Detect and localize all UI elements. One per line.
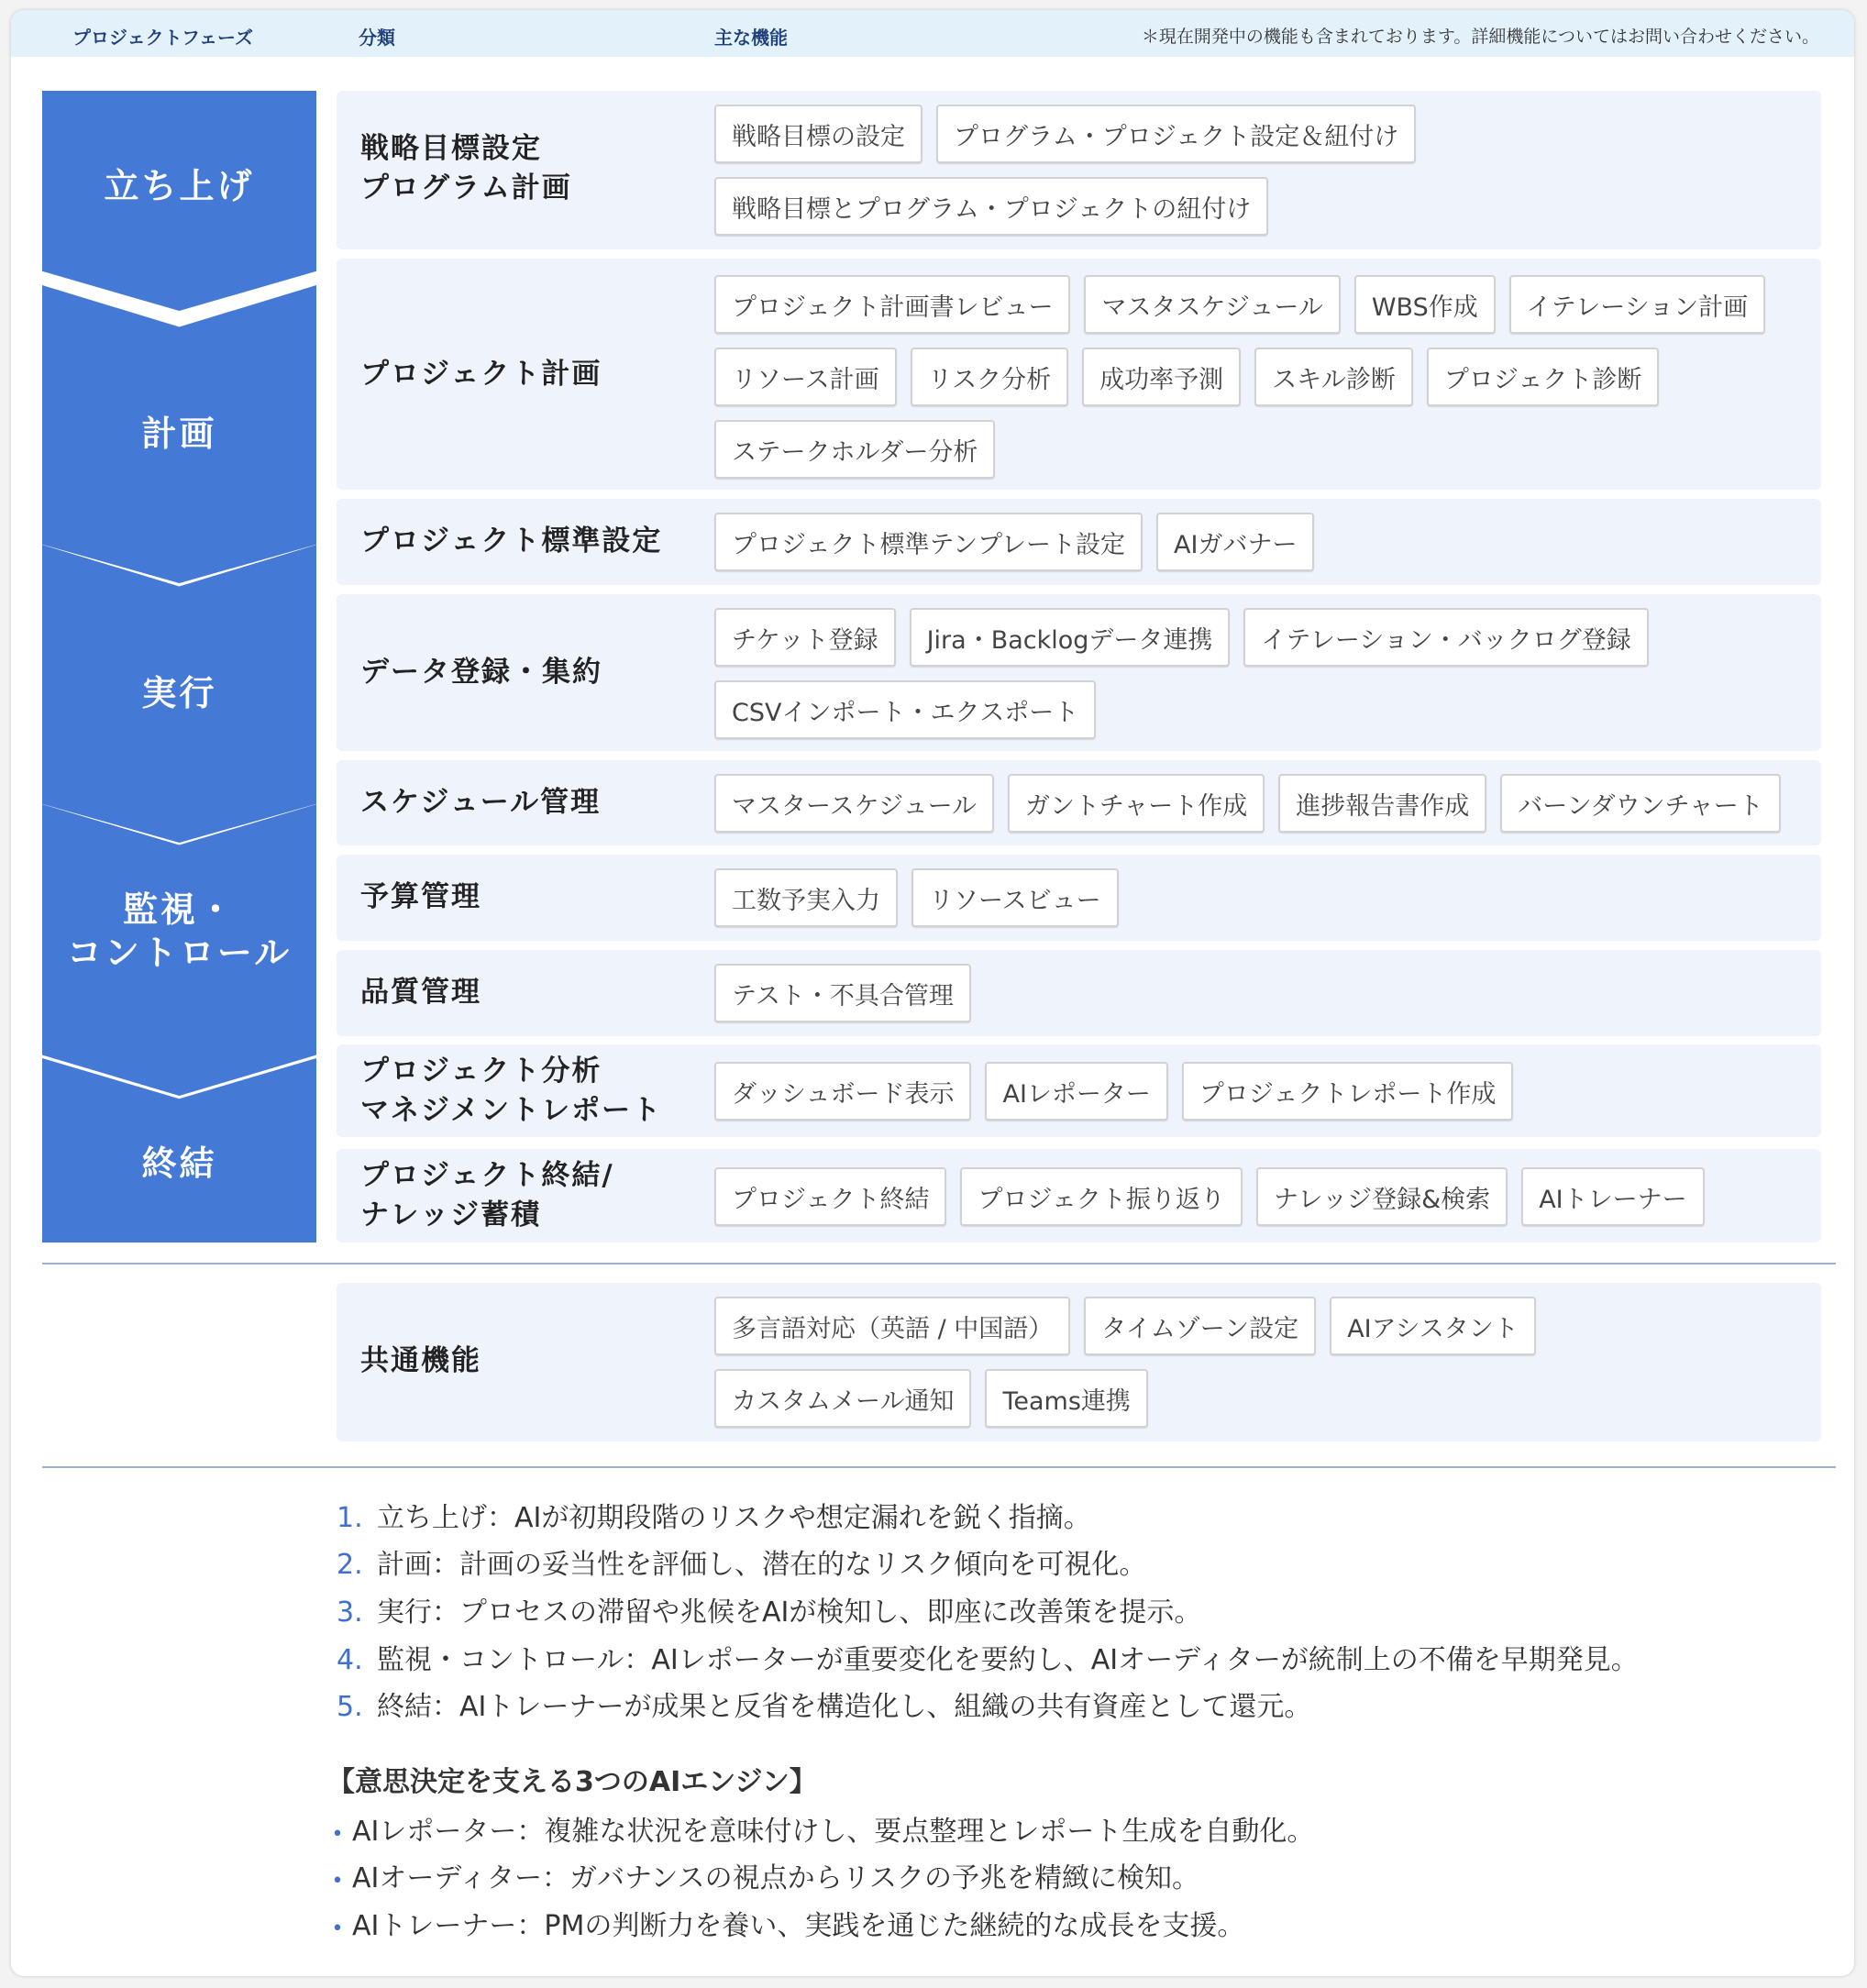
- category-label: 予算管理: [360, 878, 481, 917]
- feature-chip[interactable]: ナレッジ登録&検索: [1256, 1167, 1508, 1226]
- summary-item: 2.計画：計画の妥当性を評価し、潜在的なリスク傾向を可視化。: [337, 1541, 1146, 1582]
- summary-item: 5.終結：AIトレーナーが成果と反省を構造化し、組織の共有資産として還元。: [337, 1684, 1311, 1724]
- bullet-icon: •: [323, 1917, 352, 1940]
- list-number: 1.: [337, 1502, 377, 1534]
- feature-chip[interactable]: 進捗報告書作成: [1278, 774, 1486, 833]
- feature-chip[interactable]: プロジェクト診断: [1427, 348, 1659, 406]
- list-text: 実行：プロセスの滞留や兆候をAIが検知し、即座に改善策を提示。: [377, 1596, 1201, 1629]
- category-line: プログラム計画: [360, 169, 572, 208]
- feature-chips: プロジェクト終結 プロジェクト振り返り ナレッジ登録&検索 AIトレーナー: [714, 1167, 1806, 1226]
- engines-title: 【意思決定を支える3つのAIエンジン】: [327, 1759, 817, 1799]
- feature-chips: 戦略目標の設定 プログラム・プロジェクト設定＆紐付け 戦略目標とプログラム・プロ…: [714, 105, 1806, 236]
- feature-chip[interactable]: ガントチャート作成: [1008, 774, 1265, 833]
- feature-chip[interactable]: AIガバナー: [1156, 513, 1314, 571]
- feature-chip[interactable]: バーンダウンチャート: [1500, 774, 1781, 833]
- phase-execution: 実行: [42, 545, 316, 843]
- summary-item: 4.監視・コントロール：AIレポーターが重要変化を要約し、AIオーディターが統制…: [337, 1637, 1639, 1677]
- bullet-icon: •: [323, 1823, 352, 1846]
- bullet-icon: •: [323, 1870, 352, 1893]
- section-divider: [42, 1466, 1836, 1468]
- engine-text: AIトレーナー：PMの判断力を養い、実践を通じた継続的な成長を支援。: [352, 1910, 1244, 1942]
- feature-chip[interactable]: 戦略目標の設定: [714, 105, 922, 163]
- category-line: マネジメントレポート: [360, 1091, 662, 1131]
- feature-chip[interactable]: プロジェクト計画書レビュー: [714, 275, 1070, 334]
- header-features: 主な機能: [714, 23, 788, 50]
- engine-text: AIオーディター：ガバナンスの視点からリスクの予兆を精緻に検知。: [352, 1862, 1199, 1894]
- list-text: 監視・コントロール：AIレポーターが重要変化を要約し、AIオーディターが統制上の…: [377, 1644, 1639, 1676]
- category-label: プロジェクト計画: [360, 355, 602, 394]
- category-line: プロジェクト終結/: [360, 1156, 614, 1196]
- row-project-planning: プロジェクト計画 プロジェクト計画書レビュー マスタスケジュール WBS作成 イ…: [337, 259, 1821, 490]
- row-project-standard: プロジェクト標準設定 プロジェクト標準テンプレート設定 AIガバナー: [337, 499, 1821, 585]
- table-header: プロジェクトフェーズ 分類 主な機能 ＊現在開発中の機能も含まれております。詳細…: [11, 10, 1854, 57]
- feature-chip[interactable]: タイムゾーン設定: [1084, 1297, 1316, 1355]
- row-quality: 品質管理 テスト・不具合管理: [337, 950, 1821, 1036]
- category-label: 共通機能: [360, 1342, 481, 1381]
- category-label: プロジェクト標準設定: [360, 522, 662, 561]
- row-schedule: スケジュール管理 マスタースケジュール ガントチャート作成 進捗報告書作成 バー…: [337, 760, 1821, 845]
- feature-chip[interactable]: ステークホルダー分析: [714, 420, 995, 479]
- feature-chip[interactable]: Jira・Backlogデータ連携: [910, 608, 1231, 667]
- row-strategy: 戦略目標設定 プログラム計画 戦略目標の設定 プログラム・プロジェクト設定＆紐付…: [337, 91, 1821, 249]
- category-label: 戦略目標設定 プログラム計画: [360, 129, 572, 208]
- feature-chip[interactable]: AIアシスタント: [1330, 1297, 1536, 1355]
- feature-chip[interactable]: マスタースケジュール: [714, 774, 994, 833]
- list-number: 4.: [337, 1644, 377, 1676]
- feature-chip[interactable]: カスタムメール通知: [714, 1369, 971, 1428]
- feature-chip[interactable]: テスト・不具合管理: [714, 964, 971, 1022]
- category-line: プロジェクト分析: [360, 1052, 662, 1091]
- feature-chip[interactable]: スキル診断: [1254, 348, 1413, 406]
- feature-chip[interactable]: 工数予実入力: [714, 868, 898, 927]
- phase-planning: 計画: [42, 285, 316, 583]
- row-budget: 予算管理 工数予実入力 リソースビュー: [337, 855, 1821, 941]
- feature-chip[interactable]: Teams連携: [985, 1369, 1147, 1428]
- feature-matrix-card: プロジェクトフェーズ 分類 主な機能 ＊現在開発中の機能も含まれております。詳細…: [11, 10, 1854, 1976]
- feature-chips: プロジェクト標準テンプレート設定 AIガバナー: [714, 513, 1806, 571]
- phase-label-line1: 監視・: [123, 889, 236, 933]
- header-category: 分類: [359, 23, 395, 50]
- summary-item: 1.立ち上げ：AIが初期段階のリスクや想定漏れを鋭く指摘。: [337, 1495, 1091, 1535]
- row-common: 共通機能 多言語対応（英語 / 中国語） タイムゾーン設定 AIアシスタント カ…: [337, 1283, 1821, 1441]
- feature-chip[interactable]: リソース計画: [714, 348, 897, 406]
- feature-chip[interactable]: WBS作成: [1354, 275, 1496, 334]
- feature-chip[interactable]: 戦略目標とプログラム・プロジェクトの紐付け: [714, 177, 1268, 236]
- feature-chip[interactable]: プロジェクト標準テンプレート設定: [714, 513, 1143, 571]
- feature-chip[interactable]: CSVインポート・エクスポート: [714, 680, 1096, 739]
- list-text: 終結：AIトレーナーが成果と反省を構造化し、組織の共有資産として還元。: [377, 1691, 1311, 1723]
- feature-chip[interactable]: リソースビュー: [911, 868, 1119, 927]
- section-divider: [42, 1263, 1836, 1265]
- feature-chips: マスタースケジュール ガントチャート作成 進捗報告書作成 バーンダウンチャート: [714, 774, 1824, 833]
- feature-chips: 工数予実入力 リソースビュー: [714, 868, 1806, 927]
- category-line: ナレッジ蓄積: [360, 1196, 614, 1235]
- summary-item: 3.実行：プロセスの滞留や兆候をAIが検知し、即座に改善策を提示。: [337, 1589, 1201, 1629]
- category-line: 戦略目標設定: [360, 129, 572, 169]
- feature-chips: チケット登録 Jira・Backlogデータ連携 イテレーション・バックログ登録…: [714, 608, 1806, 739]
- feature-chip[interactable]: プロジェクト終結: [714, 1167, 946, 1226]
- feature-chip[interactable]: ダッシュボード表示: [714, 1062, 971, 1121]
- feature-chip[interactable]: 成功率予測: [1082, 348, 1241, 406]
- category-label: データ登録・集約: [360, 653, 602, 692]
- feature-chip[interactable]: チケット登録: [714, 608, 896, 667]
- list-number: 3.: [337, 1596, 377, 1629]
- header-phase: プロジェクトフェーズ: [72, 23, 253, 50]
- feature-chips: プロジェクト計画書レビュー マスタスケジュール WBS作成 イテレーション計画 …: [714, 275, 1815, 479]
- phase-label: 計画: [141, 413, 216, 457]
- feature-chips: テスト・不具合管理: [714, 964, 1806, 1022]
- feature-chips: 多言語対応（英語 / 中国語） タイムゾーン設定 AIアシスタント カスタムメー…: [714, 1297, 1540, 1428]
- feature-chip[interactable]: AIレポーター: [985, 1062, 1167, 1121]
- feature-chip[interactable]: AIトレーナー: [1521, 1167, 1704, 1226]
- engine-text: AIレポーター：複雑な状況を意味付けし、要点整理とレポート生成を自動化。: [352, 1816, 1314, 1848]
- engine-item: •AIトレーナー：PMの判断力を養い、実践を通じた継続的な成長を支援。: [323, 1903, 1244, 1943]
- phase-initiation: 立ち上げ: [42, 91, 316, 311]
- phase-label: 実行: [141, 672, 216, 716]
- engine-item: •AIオーディター：ガバナンスの視点からリスクの予兆を精緻に検知。: [323, 1855, 1199, 1895]
- category-label: プロジェクト終結/ ナレッジ蓄積: [360, 1156, 614, 1235]
- feature-chip[interactable]: マスタスケジュール: [1084, 275, 1340, 334]
- row-analysis-report: プロジェクト分析 マネジメントレポート ダッシュボード表示 AIレポーター プロ…: [337, 1044, 1821, 1137]
- feature-chip[interactable]: プロジェクトレポート作成: [1182, 1062, 1513, 1121]
- category-label: スケジュール管理: [360, 783, 601, 823]
- phase-label: 立ち上げ: [104, 165, 254, 209]
- feature-chip[interactable]: リスク分析: [911, 348, 1068, 406]
- phase-label-line2: コントロール: [67, 932, 292, 976]
- row-closing-knowledge: プロジェクト終結/ ナレッジ蓄積 プロジェクト終結 プロジェクト振り返り ナレッ…: [337, 1149, 1821, 1242]
- feature-chips: ダッシュボード表示 AIレポーター プロジェクトレポート作成: [714, 1062, 1806, 1121]
- header-note: ＊現在開発中の機能も含まれております。詳細機能についてはお問い合わせください。: [1142, 23, 1819, 48]
- feature-chip[interactable]: プログラム・プロジェクト設定＆紐付け: [936, 105, 1416, 163]
- feature-chip[interactable]: プロジェクト振り返り: [960, 1167, 1242, 1226]
- category-label: 品質管理: [360, 973, 481, 1012]
- list-text: 立ち上げ：AIが初期段階のリスクや想定漏れを鋭く指摘。: [377, 1502, 1091, 1534]
- list-text: 計画：計画の妥当性を評価し、潜在的なリスク傾向を可視化。: [377, 1549, 1146, 1581]
- phase-monitoring-control: 監視・ コントロール: [42, 804, 316, 1096]
- row-data-registration: データ登録・集約 チケット登録 Jira・Backlogデータ連携 イテレーショ…: [337, 594, 1821, 751]
- category-label: プロジェクト分析 マネジメントレポート: [360, 1052, 662, 1131]
- feature-chip[interactable]: イテレーション・バックログ登録: [1243, 608, 1648, 667]
- engine-item: •AIレポーター：複雑な状況を意味付けし、要点整理とレポート生成を自動化。: [323, 1808, 1314, 1849]
- phase-label: 終結: [141, 1143, 216, 1187]
- list-number: 5.: [337, 1691, 377, 1723]
- feature-chip[interactable]: イテレーション計画: [1509, 275, 1765, 334]
- list-number: 2.: [337, 1549, 377, 1581]
- feature-chip[interactable]: 多言語対応（英語 / 中国語）: [714, 1297, 1070, 1355]
